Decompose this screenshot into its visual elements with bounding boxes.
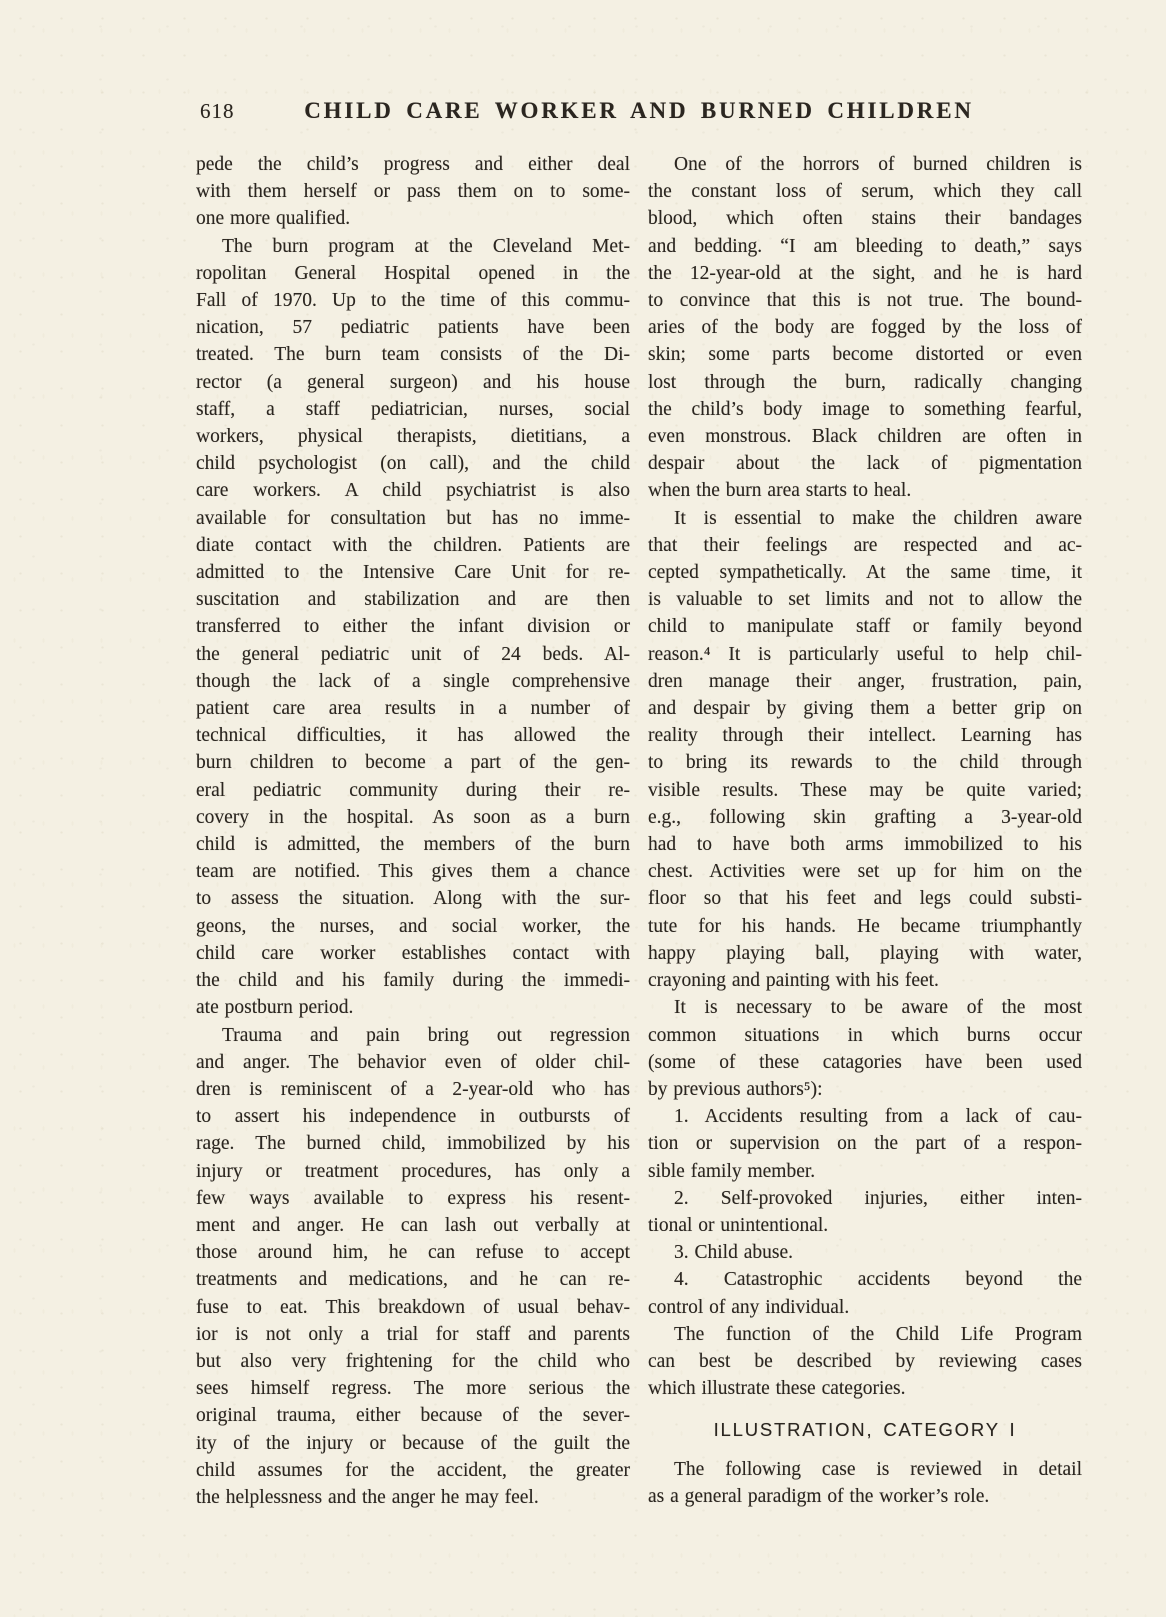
text-line: diate contact with the children. Patient… xyxy=(196,532,630,559)
text-line: transferred to either the infant divisio… xyxy=(196,613,630,640)
text-line: child assumes for the accident, the grea… xyxy=(196,1457,630,1484)
text-line: child to manipulate staff or family beyo… xyxy=(648,613,1082,640)
text-line: nication, 57 pediatric patients have bee… xyxy=(196,314,630,341)
text-line: admitted to the Intensive Care Unit for … xyxy=(196,559,630,586)
text-line: with them herself or pass them on to som… xyxy=(196,178,630,205)
text-line: when the burn area starts to heal. xyxy=(648,477,1082,504)
page-header: 618 CHILD CARE WORKER AND BURNED CHILDRE… xyxy=(196,98,1082,124)
text-line: e.g., following skin grafting a 3-year-o… xyxy=(648,804,1082,831)
text-line: control of any individual. xyxy=(648,1294,1082,1321)
text-line: happy playing ball, playing with water, xyxy=(648,940,1082,967)
text-line: rector (a general surgeon) and his house xyxy=(196,369,630,396)
text-line: by previous authors⁵): xyxy=(648,1076,1082,1103)
text-line: few ways available to express his resent… xyxy=(196,1185,630,1212)
text-line: The following case is reviewed in detail xyxy=(648,1456,1082,1483)
text-line: to assess the situation. Along with the … xyxy=(196,885,630,912)
text-line: dren manage their anger, frustration, pa… xyxy=(648,668,1082,695)
text-line: The burn program at the Cleveland Met- xyxy=(196,233,630,260)
text-line: to assert his independence in outbursts … xyxy=(196,1103,630,1130)
text-line: to bring its rewards to the child throug… xyxy=(648,749,1082,776)
text-line: geons, the nurses, and social worker, th… xyxy=(196,913,630,940)
text-columns: pede the child’s progress and either dea… xyxy=(196,151,1082,1511)
text-line: the 12-year-old at the sight, and he is … xyxy=(648,260,1082,287)
paragraph: One of the horrors of burned children is… xyxy=(648,151,1082,505)
text-line: The function of the Child Life Program xyxy=(648,1321,1082,1348)
text-line: burn children to become a part of the ge… xyxy=(196,749,630,776)
text-line: (some of these catagories have been used xyxy=(648,1049,1082,1076)
text-line: and anger. The behavior even of older ch… xyxy=(196,1049,630,1076)
text-line: dren is reminiscent of a 2-year-old who … xyxy=(196,1076,630,1103)
text-line: and despair by giving them a better grip… xyxy=(648,695,1082,722)
text-line: rage. The burned child, immobilized by h… xyxy=(196,1130,630,1157)
paragraph: Trauma and pain bring out regressionand … xyxy=(196,1022,630,1512)
left-column: pede the child’s progress and either dea… xyxy=(196,151,630,1511)
text-line: chest. Activities were set up for him on… xyxy=(648,858,1082,885)
running-title: CHILD CARE WORKER AND BURNED CHILDREN xyxy=(304,98,974,123)
text-line: covery in the hospital. As soon as a bur… xyxy=(196,804,630,831)
text-line: injury or treatment procedures, has only… xyxy=(196,1158,630,1185)
paragraph: 1. Accidents resulting from a lack of ca… xyxy=(648,1103,1082,1185)
text-line: staff, a staff pediatrician, nurses, soc… xyxy=(196,396,630,423)
text-line: ment and anger. He can lash out verbally… xyxy=(196,1212,630,1239)
paragraph: It is essential to make the children awa… xyxy=(648,505,1082,995)
page-number: 618 xyxy=(200,99,235,124)
text-line: had to have both arms immobilized to his xyxy=(648,831,1082,858)
text-line: sible family member. xyxy=(648,1158,1082,1185)
text-line: those around him, he can refuse to accep… xyxy=(196,1239,630,1266)
text-line: the general pediatric unit of 24 beds. A… xyxy=(196,641,630,668)
text-line: to convince that this is not true. The b… xyxy=(648,287,1082,314)
text-line: though the lack of a single comprehensiv… xyxy=(196,668,630,695)
text-line: lost through the burn, radically changin… xyxy=(648,369,1082,396)
text-line: even monstrous. Black children are often… xyxy=(648,423,1082,450)
text-line: workers, physical therapists, dietitians… xyxy=(196,423,630,450)
text-line: 3. Child abuse. xyxy=(648,1239,1082,1266)
text-line: suscitation and stabilization and are th… xyxy=(196,586,630,613)
text-line: crayoning and painting with his feet. xyxy=(648,967,1082,994)
text-line: ate postburn period. xyxy=(196,994,630,1021)
scanned-journal-page: 618 CHILD CARE WORKER AND BURNED CHILDRE… xyxy=(0,0,1166,1617)
text-line: cepted sympathetically. At the same time… xyxy=(648,559,1082,586)
text-line: aries of the body are fogged by the loss… xyxy=(648,314,1082,341)
text-line: reason.⁴ It is particularly useful to he… xyxy=(648,641,1082,668)
paragraph: 4. Catastrophic accidents beyond thecont… xyxy=(648,1266,1082,1320)
paragraph: The function of the Child Life Programca… xyxy=(648,1321,1082,1403)
text-line: as a general paradigm of the worker’s ro… xyxy=(648,1483,1082,1510)
text-line: It is necessary to be aware of the most xyxy=(648,994,1082,1021)
text-line: 4. Catastrophic accidents beyond the xyxy=(648,1266,1082,1293)
text-line: ropolitan General Hospital opened in the xyxy=(196,260,630,287)
paragraph: pede the child’s progress and either dea… xyxy=(196,151,630,233)
text-line: despair about the lack of pigmentation xyxy=(648,450,1082,477)
text-line: team are notified. This gives them a cha… xyxy=(196,858,630,885)
paragraph: 2. Self-provoked injuries, either inten-… xyxy=(648,1185,1082,1239)
text-line: skin; some parts become distorted or eve… xyxy=(648,341,1082,368)
text-line: reality through their intellect. Learnin… xyxy=(648,722,1082,749)
text-line: patient care area results in a number of xyxy=(196,695,630,722)
text-line: treatments and medications, and he can r… xyxy=(196,1266,630,1293)
text-line: which illustrate these categories. xyxy=(648,1375,1082,1402)
paragraph: The following case is reviewed in detail… xyxy=(648,1456,1082,1510)
text-line: but also very frightening for the child … xyxy=(196,1348,630,1375)
text-line: 2. Self-provoked injuries, either inten- xyxy=(648,1185,1082,1212)
text-line: tional or unintentional. xyxy=(648,1212,1082,1239)
paragraph: The burn program at the Cleveland Met-ro… xyxy=(196,233,630,1022)
text-line: tion or supervision on the part of a res… xyxy=(648,1130,1082,1157)
text-line: tute for his hands. He became triumphant… xyxy=(648,913,1082,940)
text-line: common situations in which burns occur xyxy=(648,1022,1082,1049)
right-column: One of the horrors of burned children is… xyxy=(648,151,1082,1511)
text-line: and bedding. “I am bleeding to death,” s… xyxy=(648,233,1082,260)
text-line: care workers. A child psychiatrist is al… xyxy=(196,477,630,504)
text-line: treated. The burn team consists of the D… xyxy=(196,341,630,368)
text-line: Trauma and pain bring out regression xyxy=(196,1022,630,1049)
text-line: one more qualified. xyxy=(196,205,630,232)
text-line: ity of the injury or because of the guil… xyxy=(196,1430,630,1457)
text-line: the constant loss of serum, which they c… xyxy=(648,178,1082,205)
text-line: sees himself regress. The more serious t… xyxy=(196,1375,630,1402)
text-line: technical difficulties, it has allowed t… xyxy=(196,722,630,749)
text-line: It is essential to make the children awa… xyxy=(648,505,1082,532)
text-line: floor so that his feet and legs could su… xyxy=(648,885,1082,912)
text-line: One of the horrors of burned children is xyxy=(648,151,1082,178)
text-line: the child’s body image to something fear… xyxy=(648,396,1082,423)
text-line: 1. Accidents resulting from a lack of ca… xyxy=(648,1103,1082,1130)
text-line: original trauma, either because of the s… xyxy=(196,1402,630,1429)
text-line: fuse to eat. This breakdown of usual beh… xyxy=(196,1294,630,1321)
text-line: that their feelings are respected and ac… xyxy=(648,532,1082,559)
text-line: eral pediatric community during their re… xyxy=(196,777,630,804)
paragraph: 3. Child abuse. xyxy=(648,1239,1082,1266)
section-heading: ILLUSTRATION, CATEGORY I xyxy=(648,1416,1082,1443)
text-line: ior is not only a trial for staff and pa… xyxy=(196,1321,630,1348)
text-line: child psychologist (on call), and the ch… xyxy=(196,450,630,477)
text-line: available for consultation but has no im… xyxy=(196,505,630,532)
paragraph: It is necessary to be aware of the mostc… xyxy=(648,994,1082,1103)
text-line: blood, which often stains their bandages xyxy=(648,205,1082,232)
text-line: visible results. These may be quite vari… xyxy=(648,777,1082,804)
text-line: the helplessness and the anger he may fe… xyxy=(196,1484,630,1511)
text-line: pede the child’s progress and either dea… xyxy=(196,151,630,178)
text-line: can best be described by reviewing cases xyxy=(648,1348,1082,1375)
text-line: the child and his family during the imme… xyxy=(196,967,630,994)
text-line: Fall of 1970. Up to the time of this com… xyxy=(196,287,630,314)
text-line: child care worker establishes contact wi… xyxy=(196,940,630,967)
text-line: child is admitted, the members of the bu… xyxy=(196,831,630,858)
text-line: is valuable to set limits and not to all… xyxy=(648,586,1082,613)
